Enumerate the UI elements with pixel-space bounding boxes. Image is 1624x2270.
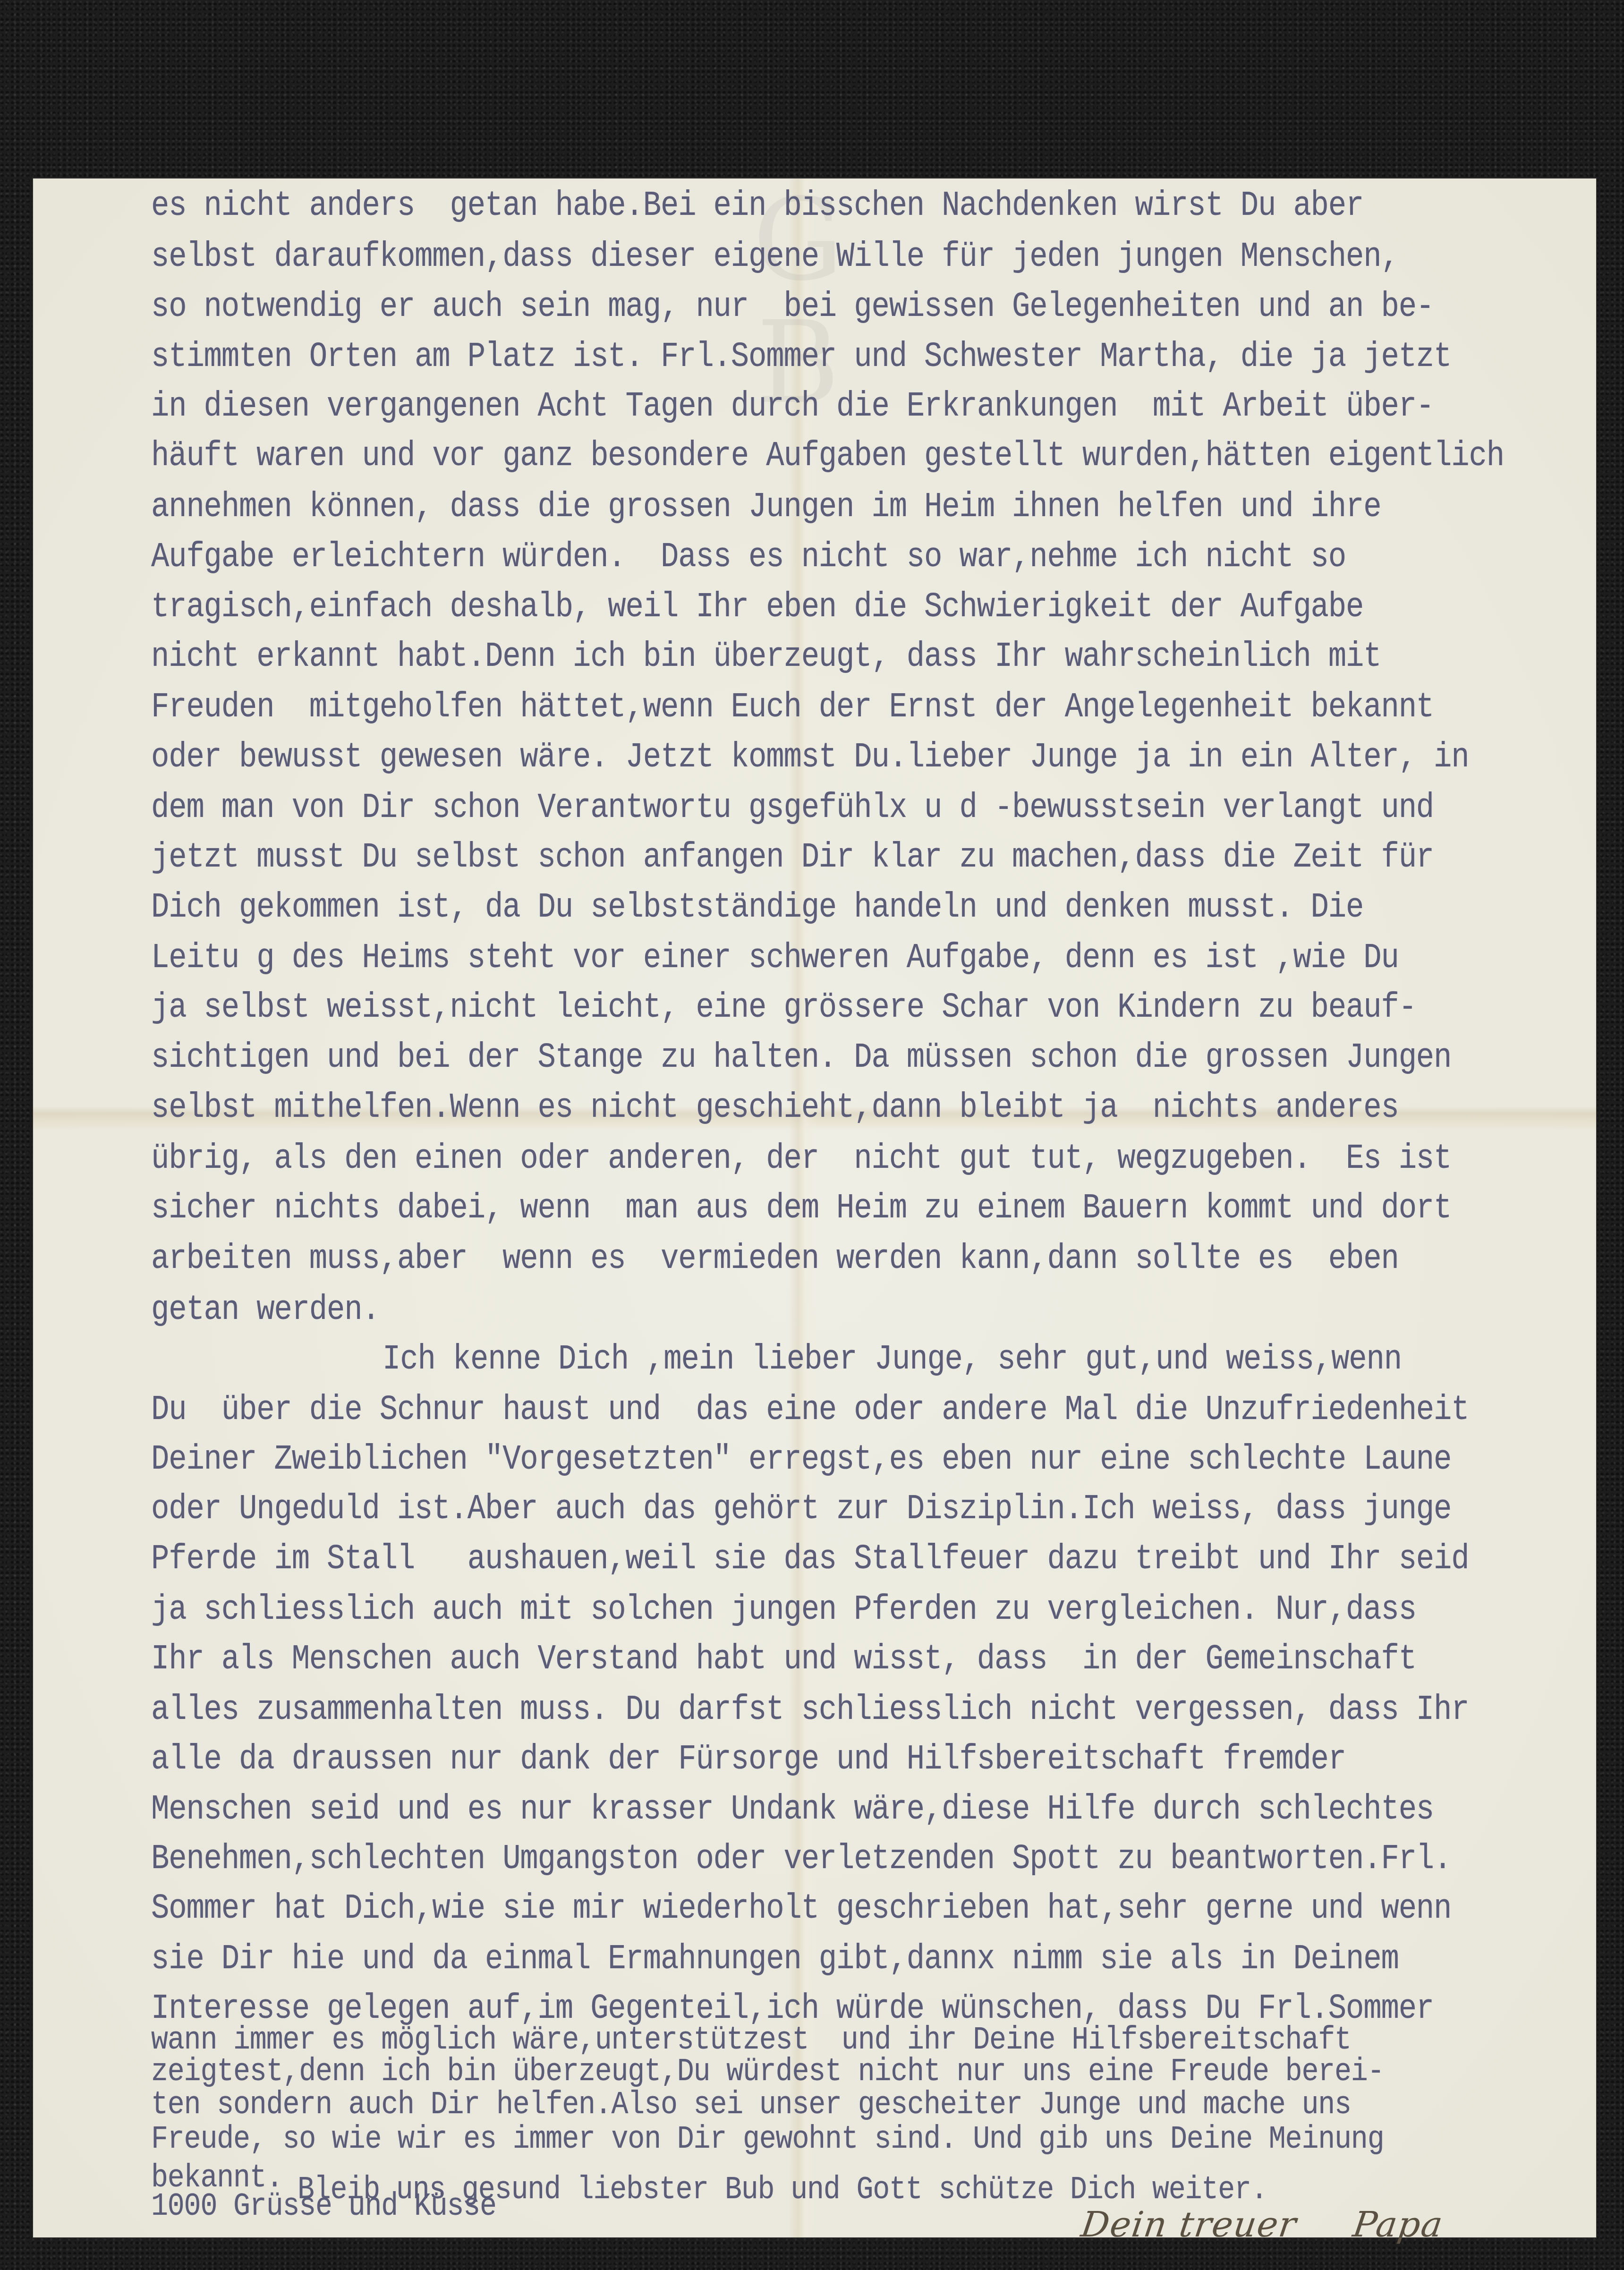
signature-word-papa: Papa bbox=[1351, 2204, 1446, 2245]
body-line: oder bewusst gewesen wäre. Jetzt kommst … bbox=[151, 740, 1469, 775]
body-line: alle da draussen nur dank der Fürsorge u… bbox=[151, 1743, 1346, 1777]
body-line: Benehmen,schlechten Umgangston oder verl… bbox=[151, 1842, 1451, 1877]
body-line: Dich gekommen ist, da Du selbstständige … bbox=[151, 891, 1363, 926]
body-line: Sommer hat Dich,wie sie mir wiederholt g… bbox=[151, 1892, 1451, 1927]
body-line: Aufgabe erleichtern würden. Dass es nich… bbox=[151, 540, 1346, 575]
body-line: Freude, so wie wir es immer von Dir gewo… bbox=[151, 2123, 1384, 2156]
body-line: tragisch,einfach deshalb, weil Ihr eben … bbox=[151, 590, 1363, 625]
body-line: wann immer es möglich wäre,unterstützest… bbox=[151, 2024, 1351, 2057]
body-line: Leitu g des Heims steht vor einer schwer… bbox=[151, 941, 1399, 976]
body-line: in diesen vergangenen Acht Tagen durch d… bbox=[151, 390, 1434, 425]
paragraph-start-line: Ich kenne Dich ,mein lieber Junge, sehr … bbox=[383, 1343, 1402, 1377]
body-line: alles zusammenhalten muss. Du darfst sch… bbox=[151, 1693, 1469, 1728]
body-line: selbst daraufkommen,dass dieser eigene W… bbox=[151, 240, 1399, 275]
body-line: nicht erkannt habt.Denn ich bin überzeug… bbox=[151, 640, 1381, 675]
body-line: jetzt musst Du selbst schon anfangen Dir… bbox=[151, 841, 1434, 876]
body-line: zeigtest,denn ich bin überzeugt,Du würde… bbox=[151, 2056, 1384, 2088]
body-line: sie Dir hie und da einmal Ermahnungen gi… bbox=[151, 1942, 1399, 1977]
body-line: annehmen können, dass die grossen Jungen… bbox=[151, 490, 1381, 525]
body-line: oder Ungeduld ist.Aber auch das gehört z… bbox=[151, 1492, 1451, 1527]
signature-word-dein-treuer: Dein treuer bbox=[1079, 2204, 1300, 2245]
body-line: ja selbst weisst,nicht leicht, eine grös… bbox=[151, 991, 1416, 1026]
body-line: Menschen seid und es nur krasser Undank … bbox=[151, 1793, 1434, 1828]
body-line: Ihr als Menschen auch Verstand habt und … bbox=[151, 1642, 1416, 1677]
body-line: häuft waren und vor ganz besondere Aufga… bbox=[151, 439, 1504, 474]
greeting-line: 1000 Grüsse und Küsse bbox=[151, 2190, 496, 2223]
body-line: es nicht anders getan habe.Bei ein bissc… bbox=[151, 189, 1363, 224]
body-line: selbst mithelfen.Wenn es nicht geschieht… bbox=[151, 1091, 1399, 1126]
body-line: ten sondern auch Dir helfen.Also sei uns… bbox=[151, 2089, 1351, 2121]
body-line: Du über die Schnur haust und das eine od… bbox=[151, 1393, 1469, 1428]
body-line: stimmten Orten am Platz ist. Frl.Sommer … bbox=[151, 340, 1451, 375]
letter-page: G B es nicht anders getan habe.Bei ein b… bbox=[33, 179, 1596, 2237]
body-line: Pferde im Stall aushauen,weil sie das St… bbox=[151, 1542, 1469, 1577]
body-line: getan werden. bbox=[151, 1293, 380, 1328]
handwritten-signature: Dein treuerPapa bbox=[1079, 2204, 1446, 2245]
body-line: übrig, als den einen oder anderen, der n… bbox=[151, 1142, 1451, 1177]
body-line: so notwendig er auch sein mag, nur bei g… bbox=[151, 290, 1434, 325]
body-line: sichtigen und bei der Stange zu halten. … bbox=[151, 1041, 1451, 1076]
body-line: arbeiten muss,aber wenn es vermieden wer… bbox=[151, 1242, 1399, 1277]
body-line: sicher nichts dabei, wenn man aus dem He… bbox=[151, 1191, 1451, 1226]
body-line: Deiner Zweiblichen "Vorgesetzten" erregs… bbox=[151, 1443, 1451, 1478]
body-line: ja schliesslich auch mit solchen jungen … bbox=[151, 1593, 1416, 1628]
body-line: dem man von Dir schon Verantwortu gsgefü… bbox=[151, 791, 1434, 826]
body-line: Freuden mitgeholfen hättet,wenn Euch der… bbox=[151, 690, 1434, 725]
